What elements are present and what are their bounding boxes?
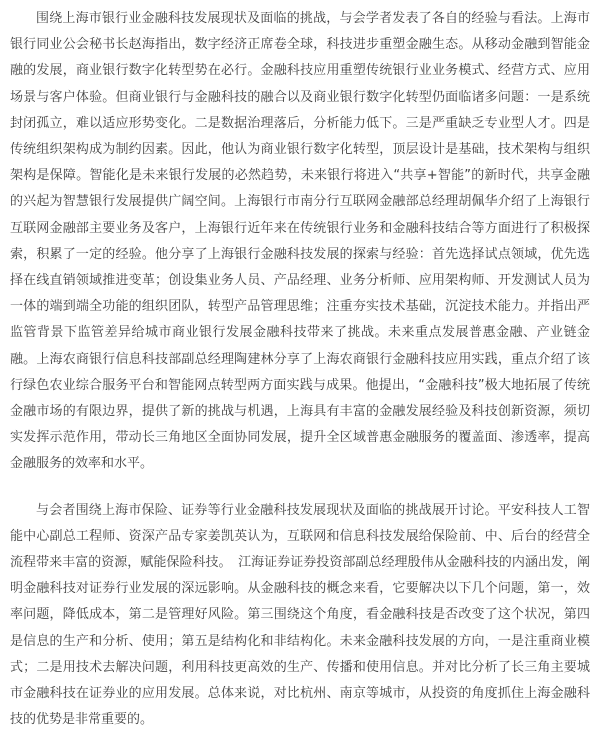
- paragraph-insurance-securities-fintech: 与会者围绕上海市保险、证券等行业金融科技发展现状及面临的挑战展开讨论。平安科技人…: [10, 498, 590, 734]
- document-page: 围绕上海市银行业金融科技发展现状及面临的挑战，与会学者发表了各自的经验与看法。上…: [0, 0, 599, 739]
- paragraph-banking-fintech: 围绕上海市银行业金融科技发展现状及面临的挑战，与会学者发表了各自的经验与看法。上…: [10, 6, 590, 478]
